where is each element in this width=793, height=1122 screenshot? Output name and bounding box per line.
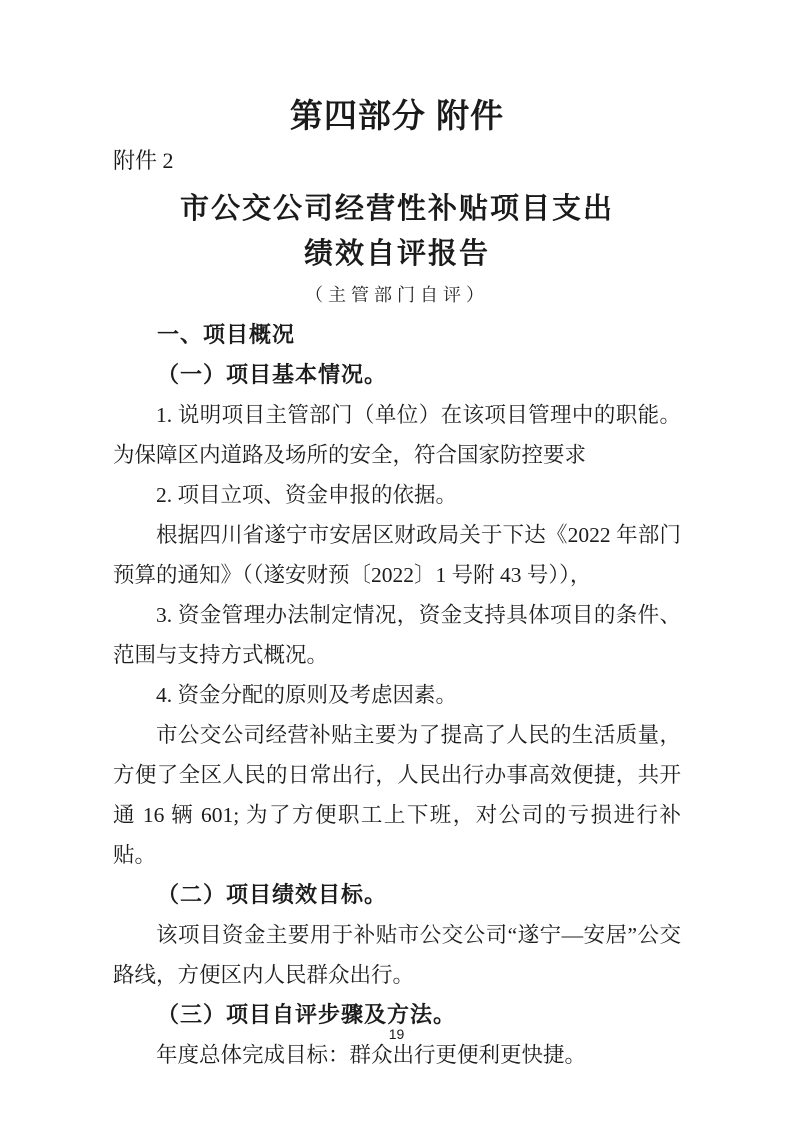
para-department-role: 1. 说明项目主管部门（单位）在该项目管理中的职能。为保障区内道路及场所的安全，… <box>113 395 681 475</box>
heading-performance-goal: （二）项目绩效目标。 <box>113 875 681 915</box>
document-page: 第四部分 附件 附件 2 市公交公司经营性补贴项目支出 绩效自评报告 （主管部门… <box>0 0 793 1122</box>
para-subsidy-purpose: 市公交公司经营补贴主要为了提高了人民的生活质量，方便了全区人民的日常出行，人民出… <box>113 715 681 875</box>
page-number: 19 <box>0 1026 793 1042</box>
document-title-line2: 绩效自评报告 <box>113 237 681 271</box>
para-approval-basis-title: 2. 项目立项、资金申报的依据。 <box>113 475 681 515</box>
heading-project-overview: 一、项目概况 <box>113 315 681 355</box>
para-approval-basis-detail: 根据四川省遂宁市安居区财政局关于下达《2022 年部门预算的通知》（（遂安财预〔… <box>113 515 681 595</box>
para-allocation-principles: 4. 资金分配的原则及考虑因素。 <box>113 675 681 715</box>
document-subtitle: （主管部门自评） <box>113 284 681 306</box>
heading-basic-situation: （一）项目基本情况。 <box>113 355 681 395</box>
document-title-line1: 市公交公司经营性补贴项目支出 <box>113 192 681 226</box>
attachment-label: 附件 2 <box>113 147 681 175</box>
section-title: 第四部分 附件 <box>113 98 681 134</box>
para-performance-goal-detail: 该项目资金主要用于补贴市公交公司“遂宁—安居”公交路线，方便区内人民群众出行。 <box>113 915 681 995</box>
document-body: 一、项目概况 （一）项目基本情况。 1. 说明项目主管部门（单位）在该项目管理中… <box>113 315 681 1075</box>
para-fund-management: 3. 资金管理办法制定情况，资金支持具体项目的条件、范围与支持方式概况。 <box>113 595 681 675</box>
